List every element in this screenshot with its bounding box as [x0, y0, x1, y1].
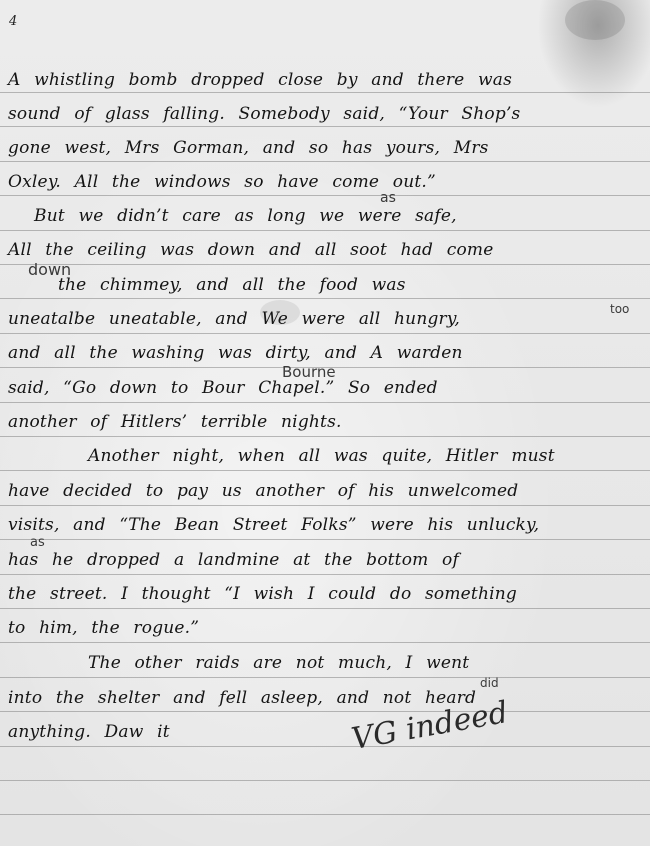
ruled-line: [0, 746, 650, 747]
page-number: 4: [9, 14, 17, 29]
ruled-line: [0, 264, 650, 265]
correction-as: as: [380, 190, 396, 206]
text-line-2: sound of glass falling. Somebody said, “…: [8, 104, 642, 124]
text-line-11: another of Hitlers’ terrible nights.: [8, 412, 642, 432]
text-line-5: But we didn’t care as long we were safe,: [8, 206, 642, 226]
text-line-4: Oxley. All the windows so have come out.…: [8, 172, 642, 192]
text-line-3: gone west, Mrs Gorman, and so has yours,…: [8, 138, 642, 158]
ruled-line: [0, 333, 650, 334]
ruled-line: [0, 436, 650, 437]
ruled-line: [0, 642, 650, 643]
ruled-line: [0, 126, 650, 127]
correction-did: did: [480, 676, 499, 690]
ruled-line: [0, 574, 650, 575]
correction-bourne: Bourne: [282, 363, 336, 381]
text-line-6: All the ceiling was down and all soot ha…: [8, 240, 642, 260]
ruled-line: [0, 470, 650, 471]
text-line-1: A whistling bomb dropped close by and th…: [8, 70, 642, 90]
correction-as-2: as: [30, 535, 45, 550]
text-line-15: has he dropped a landmine at the bottom …: [8, 550, 642, 570]
handwritten-page: 4 A whistling bomb dropped close by and …: [0, 0, 650, 846]
ruled-line: [0, 539, 650, 540]
ruled-line: [0, 195, 650, 196]
text-line-18: The other raids are not much, I went: [8, 653, 642, 673]
text-line-8: uneatalbe uneatable, and We were all hun…: [8, 309, 642, 329]
ruled-line: [0, 161, 650, 162]
ruled-line: [0, 608, 650, 609]
correction-too: too: [610, 302, 629, 316]
text-line-12: Another night, when all was quite, Hitle…: [8, 446, 642, 466]
ruled-line: [0, 505, 650, 506]
ruled-line: [0, 711, 650, 712]
ruled-line: [0, 298, 650, 299]
ruled-line: [0, 230, 650, 231]
ruled-line: [0, 92, 650, 93]
ink-smudge: [565, 0, 625, 40]
text-line-13: have decided to pay us another of his un…: [8, 481, 642, 501]
correction-down: down: [28, 260, 71, 279]
text-line-16: the street. I thought “I wish I could do…: [8, 584, 642, 604]
ruled-line: [0, 814, 650, 815]
text-line-10: said, “Go down to Bour Chapel.” So ended: [8, 378, 642, 398]
text-line-19: into the shelter and fell asleep, and no…: [8, 688, 642, 708]
text-line-9: and all the washing was dirty, and A war…: [8, 343, 642, 363]
text-line-14: visits, and “The Bean Street Folks” were…: [8, 515, 642, 535]
text-line-17: to him, the rogue.”: [8, 618, 642, 638]
text-line-7: the chimmey, and all the food was: [8, 275, 642, 295]
ruled-line: [0, 402, 650, 403]
ruled-line: [0, 780, 650, 781]
text-line-20: anything. Daw it: [8, 722, 642, 742]
ruled-line: [0, 677, 650, 678]
